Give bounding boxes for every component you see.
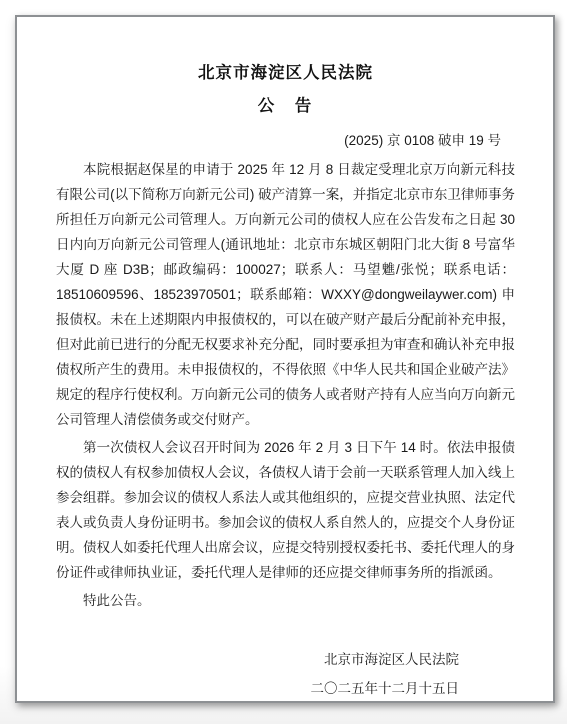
notice-page: 北京市海淀区人民法院 公 告 (2025) 京 0108 破申 19 号 本院根… <box>15 15 555 703</box>
case-number: (2025) 京 0108 破申 19 号 <box>56 129 501 149</box>
signature-date: 二〇二五年十二月十五日 <box>56 674 459 703</box>
document-background: 北京市海淀区人民法院 公 告 (2025) 京 0108 破申 19 号 本院根… <box>0 0 567 724</box>
signature-court: 北京市海淀区人民法院 <box>56 645 459 674</box>
closing-statement: 特此公告。 <box>56 588 515 613</box>
court-title: 北京市海淀区人民法院 <box>56 59 515 83</box>
paragraph-bankruptcy-acceptance: 本院根据赵保星的申请于 2025 年 12 月 8 日裁定受理北京万向新元科技有… <box>56 157 515 432</box>
signature-block: 北京市海淀区人民法院 二〇二五年十二月十五日 <box>56 645 515 703</box>
paragraph-creditors-meeting: 第一次债权人会议召开时间为 2026 年 2 月 3 日下午 14 时。依法申报… <box>56 435 515 585</box>
notice-title: 公 告 <box>56 92 515 116</box>
